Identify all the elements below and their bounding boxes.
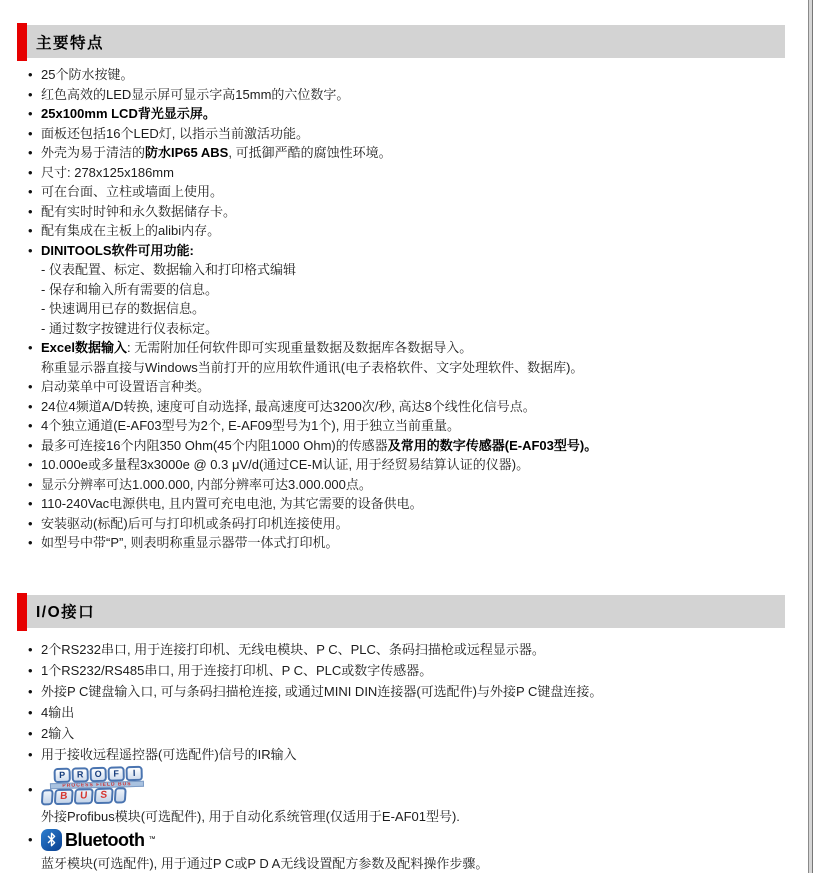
item-text: 配有集成在主板上的alibi内存。: [41, 221, 790, 241]
text-segment: 外接Profibus模块(可选配件), 用于自动化系统管理(仅适用于E-AF01…: [41, 809, 460, 824]
text-segment: - 快速调用已存的数据信息。: [41, 301, 205, 316]
item-text: Bluetooth™: [41, 827, 790, 854]
list-item: - 快速调用已存的数据信息。: [0, 299, 790, 319]
bullet-marker: •: [28, 494, 41, 514]
profibus-key-icon: [41, 789, 54, 805]
section-title: I/O接口: [36, 600, 95, 622]
text-segment: 外壳为易于清洁的: [41, 145, 145, 160]
profibus-key-icon: P: [54, 767, 71, 782]
profibus-top-keys: PROFI: [54, 765, 143, 782]
list-item: •红色高效的LED显示屏可显示字高15mm的六位数字。: [0, 85, 790, 105]
section-header-bar: I/O接口: [27, 595, 785, 628]
item-text: 可在台面、立柱或墙面上使用。: [41, 182, 790, 202]
item-text: 10.000e或多量程3x3000e @ 0.3 μV/d(通过CE-M认证, …: [41, 455, 790, 475]
bullet-marker: •: [28, 221, 41, 241]
bullet-marker: •: [28, 85, 41, 105]
item-text: Excel数据输入: 无需附加任何软件即可实现重量数据及数据库各数据导入。: [41, 338, 790, 358]
section-header-main-features: 主要特点: [17, 23, 785, 61]
item-text: - 快速调用已存的数据信息。: [41, 299, 790, 319]
trademark-symbol: ™: [148, 835, 155, 845]
bluetooth-wordmark: Bluetooth: [65, 829, 144, 851]
list-item: - 仪表配置、标定、数据输入和打印格式编辑: [0, 260, 790, 280]
text-segment: 启动菜单中可设置语言种类。: [41, 379, 210, 394]
list-item: •显示分辨率可达1.000.000, 内部分辨率可达3.000.000点。: [0, 475, 790, 495]
list-item: •DINITOOLS软件可用功能:: [0, 241, 790, 261]
list-item: •Excel数据输入: 无需附加任何软件即可实现重量数据及数据库各数据导入。: [0, 338, 790, 358]
bullet-marker: •: [28, 455, 41, 475]
text-segment: - 仪表配置、标定、数据输入和打印格式编辑: [41, 262, 296, 277]
list-item: •25x100mm LCD背光显示屏。: [0, 104, 790, 124]
bullet-marker: •: [28, 65, 41, 85]
item-text: - 保存和输入所有需要的信息。: [41, 280, 790, 300]
bullet-marker: •: [28, 660, 41, 681]
item-text: 1个RS232/RS485串口, 用于连接打印机、P C、PLC或数字传感器。: [41, 660, 790, 681]
text-segment: 尺寸: 278x125x186mm: [41, 165, 174, 180]
text-segment: 用于接收远程遥控器(可选配件)信号的IR输入: [41, 747, 297, 762]
profibus-key-icon: [114, 787, 127, 803]
profibus-key-icon: U: [74, 788, 94, 805]
text-segment: 最多可连接16个内阻350 Ohm(45个内阻1000 Ohm)的传感器: [41, 438, 388, 453]
item-text: DINITOOLS软件可用功能:: [41, 241, 790, 261]
bullet-marker: •: [28, 514, 41, 534]
bullet-marker: •: [28, 744, 41, 765]
bullet-marker: •: [28, 723, 41, 744]
list-item: •用于接收远程遥控器(可选配件)信号的IR输入: [0, 744, 790, 765]
profibus-key-icon: R: [72, 767, 89, 782]
text-segment: 外接P C键盘输入口, 可与条码扫描枪连接, 或通过MINI DIN连接器(可选…: [41, 684, 602, 699]
text-segment: 4输出: [41, 705, 74, 720]
list-item: •PROFIPROCESS FIELD BUSBUS: [0, 765, 790, 806]
item-text: PROFIPROCESS FIELD BUSBUS: [41, 765, 790, 806]
item-text: 红色高效的LED显示屏可显示字高15mm的六位数字。: [41, 85, 790, 105]
bullet-marker: •: [28, 202, 41, 222]
section-title: 主要特点: [36, 31, 104, 53]
item-text: 面板还包括16个LED灯, 以指示当前激活功能。: [41, 124, 790, 144]
text-segment: 2个RS232串口, 用于连接打印机、无线电模块、P C、PLC、条码扫描枪或远…: [41, 642, 545, 657]
text-segment: 可在台面、立柱或墙面上使用。: [41, 184, 223, 199]
red-accent-bar: [17, 23, 27, 61]
io-list: •2个RS232串口, 用于连接打印机、无线电模块、P C、PLC、条码扫描枪或…: [0, 639, 790, 873]
item-text: 尺寸: 278x125x186mm: [41, 163, 790, 183]
spec-document-page: 主要特点 •25个防水按键。•红色高效的LED显示屏可显示字高15mm的六位数字…: [0, 0, 814, 873]
item-text: 4输出: [41, 702, 790, 723]
text-segment: : 无需附加任何软件即可实现重量数据及数据库各数据导入。: [127, 340, 472, 355]
profibus-bottom-keys: BUS: [41, 787, 127, 805]
list-item: •2个RS232串口, 用于连接打印机、无线电模块、P C、PLC、条码扫描枪或…: [0, 639, 790, 660]
item-text: 25个防水按键。: [41, 65, 790, 85]
item-text: 蓝牙模块(可选配件), 用于通过P C或P D A无线设置配方参数及配料操作步骤…: [41, 853, 790, 873]
bullet-marker: •: [28, 338, 41, 358]
list-item: •启动菜单中可设置语言种类。: [0, 377, 790, 397]
item-text: 2个RS232串口, 用于连接打印机、无线电模块、P C、PLC、条码扫描枪或远…: [41, 639, 790, 660]
profibus-key-icon: O: [90, 766, 107, 781]
section-header-bar: 主要特点: [27, 25, 785, 58]
bullet-marker: •: [28, 475, 41, 495]
bullet-marker: •: [28, 377, 41, 397]
text-segment: 及常用的数字传感器(E-AF03型号)。: [388, 438, 597, 453]
list-item: •10.000e或多量程3x3000e @ 0.3 μV/d(通过CE-M认证,…: [0, 455, 790, 475]
text-segment: , 可抵御严酷的腐蚀性环境。: [228, 145, 391, 160]
text-segment: 25个防水按键。: [41, 67, 133, 82]
item-text: 2输入: [41, 723, 790, 744]
list-item: •2输入: [0, 723, 790, 744]
item-text: - 仪表配置、标定、数据输入和打印格式编辑: [41, 260, 790, 280]
bullet-marker: •: [28, 163, 41, 183]
bullet-marker: •: [28, 143, 41, 163]
text-segment: 4个独立通道(E-AF03型号为2个, E-AF09型号为1个), 用于独立当前…: [41, 418, 460, 433]
text-segment: 1个RS232/RS485串口, 用于连接打印机、P C、PLC或数字传感器。: [41, 663, 432, 678]
item-text: 25x100mm LCD背光显示屏。: [41, 104, 790, 124]
text-segment: 面板还包括16个LED灯, 以指示当前激活功能。: [41, 126, 309, 141]
bullet-marker: •: [28, 182, 41, 202]
text-segment: 称重显示器直接与Windows当前打开的应用软件通讯(电子表格软件、文字处理软件…: [41, 360, 583, 375]
list-item: •外接P C键盘输入口, 可与条码扫描枪连接, 或通过MINI DIN连接器(可…: [0, 681, 790, 702]
list-item: •尺寸: 278x125x186mm: [0, 163, 790, 183]
list-item: •可在台面、立柱或墙面上使用。: [0, 182, 790, 202]
list-item: •Bluetooth™: [0, 827, 790, 854]
bullet-marker: •: [28, 639, 41, 660]
item-text: 配有实时时钟和永久数据储存卡。: [41, 202, 790, 222]
profibus-logo: PROFIPROCESS FIELD BUSBUS: [41, 765, 154, 806]
list-item: •安装驱动(标配)后可与打印机或条码打印机连接使用。: [0, 514, 790, 534]
list-item: •最多可连接16个内阻350 Ohm(45个内阻1000 Ohm)的传感器及常用…: [0, 436, 790, 456]
list-item: 称重显示器直接与Windows当前打开的应用软件通讯(电子表格软件、文字处理软件…: [0, 358, 790, 378]
list-item: •配有实时时钟和永久数据储存卡。: [0, 202, 790, 222]
text-segment: 10.000e或多量程3x3000e @ 0.3 μV/d(通过CE-M认证, …: [41, 457, 529, 472]
text-segment: DINITOOLS软件可用功能:: [41, 243, 194, 258]
list-item: •配有集成在主板上的alibi内存。: [0, 221, 790, 241]
item-text: - 通过数字按键进行仪表标定。: [41, 319, 790, 339]
feature-list: •25个防水按键。•红色高效的LED显示屏可显示字高15mm的六位数字。•25x…: [0, 65, 790, 553]
text-segment: 如型号中带“P”, 则表明称重显示器带一体式打印机。: [41, 535, 339, 550]
item-text: 110-240Vac电源供电, 且内置可充电电池, 为其它需要的设备供电。: [41, 494, 790, 514]
profibus-key-icon: F: [107, 766, 124, 781]
list-item: - 通过数字按键进行仪表标定。: [0, 319, 790, 339]
bullet-marker: •: [28, 124, 41, 144]
text-segment: 配有实时时钟和永久数据储存卡。: [41, 204, 236, 219]
item-text: 24位4频道A/D转换, 速度可自动选择, 最高速度可达3200次/秒, 高达8…: [41, 397, 790, 417]
bullet-marker: •: [28, 397, 41, 417]
item-text: 显示分辨率可达1.000.000, 内部分辨率可达3.000.000点。: [41, 475, 790, 495]
text-segment: 配有集成在主板上的alibi内存。: [41, 223, 220, 238]
list-item: 外接Profibus模块(可选配件), 用于自动化系统管理(仅适用于E-AF01…: [0, 806, 790, 827]
item-text: 用于接收远程遥控器(可选配件)信号的IR输入: [41, 744, 790, 765]
text-segment: 显示分辨率可达1.000.000, 内部分辨率可达3.000.000点。: [41, 477, 372, 492]
text-segment: - 通过数字按键进行仪表标定。: [41, 321, 218, 336]
list-item: •110-240Vac电源供电, 且内置可充电电池, 为其它需要的设备供电。: [0, 494, 790, 514]
item-text: 4个独立通道(E-AF03型号为2个, E-AF09型号为1个), 用于独立当前…: [41, 416, 790, 436]
profibus-key-icon: B: [54, 788, 74, 805]
list-item: •4输出: [0, 702, 790, 723]
bluetooth-logo: Bluetooth™: [41, 828, 155, 852]
list-item: - 保存和输入所有需要的信息。: [0, 280, 790, 300]
item-text: 外接P C键盘输入口, 可与条码扫描枪连接, 或通过MINI DIN连接器(可选…: [41, 681, 790, 702]
list-item: •24位4频道A/D转换, 速度可自动选择, 最高速度可达3200次/秒, 高达…: [0, 397, 790, 417]
page-right-border: [808, 0, 813, 873]
text-segment: 蓝牙模块(可选配件), 用于通过P C或P D A无线设置配方参数及配料操作步骤…: [41, 856, 488, 871]
item-text: 启动菜单中可设置语言种类。: [41, 377, 790, 397]
item-text: 如型号中带“P”, 则表明称重显示器带一体式打印机。: [41, 533, 790, 553]
item-text: 外接Profibus模块(可选配件), 用于自动化系统管理(仅适用于E-AF01…: [41, 806, 790, 827]
item-text: 外壳为易于清洁的防水IP65 ABS, 可抵御严酷的腐蚀性环境。: [41, 143, 790, 163]
item-text: 安装驱动(标配)后可与打印机或条码打印机连接使用。: [41, 514, 790, 534]
bullet-marker: •: [28, 436, 41, 456]
section-header-io: I/O接口: [17, 593, 785, 631]
bullet-marker: •: [28, 241, 41, 261]
text-segment: - 保存和输入所有需要的信息。: [41, 282, 218, 297]
text-segment: 2输入: [41, 726, 74, 741]
text-segment: 防水IP65 ABS: [145, 145, 228, 160]
bullet-marker: •: [28, 681, 41, 702]
text-segment: 安装驱动(标配)后可与打印机或条码打印机连接使用。: [41, 516, 349, 531]
item-text: 最多可连接16个内阻350 Ohm(45个内阻1000 Ohm)的传感器及常用的…: [41, 436, 790, 456]
list-item: •4个独立通道(E-AF03型号为2个, E-AF09型号为1个), 用于独立当…: [0, 416, 790, 436]
red-accent-bar: [17, 593, 27, 631]
bullet-marker: •: [28, 829, 41, 850]
list-item: •25个防水按键。: [0, 65, 790, 85]
list-item: •1个RS232/RS485串口, 用于连接打印机、P C、PLC或数字传感器。: [0, 660, 790, 681]
text-segment: 红色高效的LED显示屏可显示字高15mm的六位数字。: [41, 87, 349, 102]
list-item: •面板还包括16个LED灯, 以指示当前激活功能。: [0, 124, 790, 144]
profibus-key-icon: S: [94, 787, 114, 804]
item-text: 称重显示器直接与Windows当前打开的应用软件通讯(电子表格软件、文字处理软件…: [41, 358, 790, 378]
list-item: •外壳为易于清洁的防水IP65 ABS, 可抵御严酷的腐蚀性环境。: [0, 143, 790, 163]
text-segment: 25x100mm LCD背光显示屏。: [41, 106, 216, 121]
list-item: •如型号中带“P”, 则表明称重显示器带一体式打印机。: [0, 533, 790, 553]
bullet-marker: •: [28, 702, 41, 723]
bullet-marker: •: [28, 533, 41, 553]
list-item: 蓝牙模块(可选配件), 用于通过P C或P D A无线设置配方参数及配料操作步骤…: [0, 853, 790, 873]
bluetooth-icon: [41, 829, 62, 851]
bullet-marker: •: [28, 104, 41, 124]
text-segment: 24位4频道A/D转换, 速度可自动选择, 最高速度可达3200次/秒, 高达8…: [41, 399, 536, 414]
text-segment: 110-240Vac电源供电, 且内置可充电电池, 为其它需要的设备供电。: [41, 496, 423, 511]
bullet-marker: •: [28, 779, 41, 800]
profibus-key-icon: I: [125, 765, 142, 780]
bullet-marker: •: [28, 416, 41, 436]
text-segment: Excel数据输入: [41, 340, 127, 355]
